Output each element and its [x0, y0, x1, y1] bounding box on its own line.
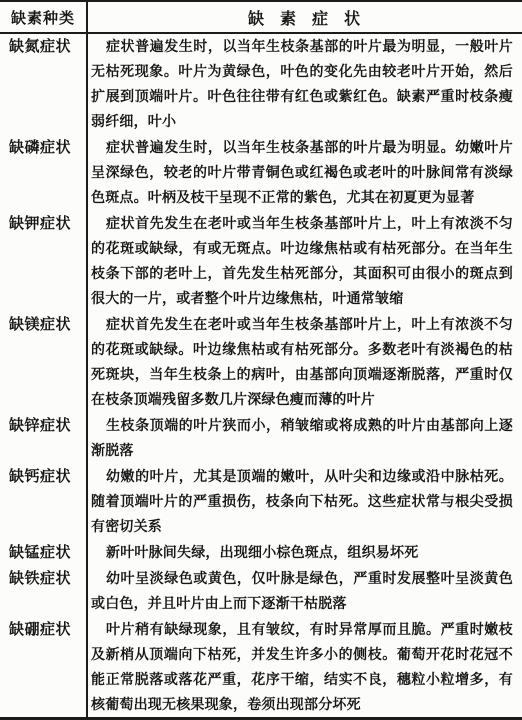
table-row-zinc: 缺锌症状 生枝条顶端的叶片狭而小，稍皱缩或将成熟的叶片由基部向上逐渐脱落: [0, 414, 522, 464]
symptom-text: 叶片稍有缺绿现象，且有皱纹，有时异常厚而且脆。严重时嫩枝及新梢从顶端向下枯死，并…: [86, 618, 522, 718]
column-divider-line: [86, 2, 88, 717]
table-row-phosphorus: 缺磷症状 症状普遍发生时，以当年生枝条基部的叶片最为明显。幼嫩叶片呈深绿色，较老…: [0, 136, 522, 211]
symptom-text: 幼叶呈淡绿色或黄色，仅叶脉是绿色，严重时发展整叶呈淡黄色或白色，并且叶片由上而下…: [86, 567, 522, 617]
table-row-manganese: 缺锰症状 新叶叶脉间失绿，出现细小棕色斑点，组织易坏死: [0, 541, 522, 566]
symptom-text: 幼嫩的叶片，尤其是顶端的嫩叶，从叶尖和边缘或沿中脉枯死。随着顶端叶片的严重损伤，…: [86, 465, 522, 540]
row-label: 缺钙症状: [0, 465, 86, 490]
row-label: 缺锰症状: [0, 541, 86, 566]
symptom-text: 症状首先发生在老叶或当年生枝条基部叶片上，叶上有浓淡不匀的花斑或缺绿。叶边缘焦枯…: [86, 313, 522, 413]
scanned-document-page: 缺素种类 缺 素 症 状 缺氮症状 症状普遍发生时，以当年生枝条基部的叶片最为明…: [0, 0, 522, 720]
row-label: 缺钾症状: [0, 212, 86, 237]
row-label: 缺锌症状: [0, 414, 86, 439]
row-label: 缺硼症状: [0, 618, 86, 643]
table-row-potassium: 缺钾症状 症状首先发生在老叶或当年生枝条基部叶片上，叶上有浓淡不匀的花斑或缺绿，…: [0, 212, 522, 312]
symptom-text: 症状普遍发生时，以当年生枝条基部的叶片最为明显，一般叶片无枯死现象。叶片为黄绿色…: [86, 35, 522, 135]
table-row-calcium: 缺钙症状 幼嫩的叶片，尤其是顶端的嫩叶，从叶尖和边缘或沿中脉枯死。随着顶端叶片的…: [0, 465, 522, 540]
symptom-text: 症状普遍发生时，以当年生枝条基部的叶片最为明显。幼嫩叶片呈深绿色，较老的叶片带青…: [86, 136, 522, 211]
symptom-text: 生枝条顶端的叶片狭而小，稍皱缩或将成熟的叶片由基部向上逐渐脱落: [86, 414, 522, 464]
table-row-boron: 缺硼症状 叶片稍有缺绿现象，且有皱纹，有时异常厚而且脆。严重时嫩枝及新梢从顶端向…: [0, 618, 522, 718]
row-label: 缺镁症状: [0, 313, 86, 338]
row-label: 缺磷症状: [0, 136, 86, 161]
table-row-nitrogen: 缺氮症状 症状普遍发生时，以当年生枝条基部的叶片最为明显，一般叶片无枯死现象。叶…: [0, 35, 522, 135]
row-label: 缺氮症状: [0, 35, 86, 60]
deficiency-symptom-table: 缺素种类 缺 素 症 状 缺氮症状 症状普遍发生时，以当年生枝条基部的叶片最为明…: [0, 0, 522, 720]
table-row-magnesium: 缺镁症状 症状首先发生在老叶或当年生枝条基部叶片上，叶上有浓淡不匀的花斑或缺绿。…: [0, 313, 522, 413]
header-deficiency-symptom: 缺 素 症 状: [86, 6, 522, 29]
symptom-text: 新叶叶脉间失绿，出现细小棕色斑点，组织易坏死: [86, 541, 522, 566]
row-label: 缺铁症状: [0, 567, 86, 592]
table-header-row: 缺素种类 缺 素 症 状: [0, 2, 522, 34]
table-row-iron: 缺铁症状 幼叶呈淡绿色或黄色，仅叶脉是绿色，严重时发展整叶呈淡黄色或白色，并且叶…: [0, 567, 522, 617]
symptom-text: 症状首先发生在老叶或当年生枝条基部叶片上，叶上有浓淡不匀的花斑或缺绿，有或无斑点…: [86, 212, 522, 312]
header-deficiency-type: 缺素种类: [0, 7, 86, 28]
